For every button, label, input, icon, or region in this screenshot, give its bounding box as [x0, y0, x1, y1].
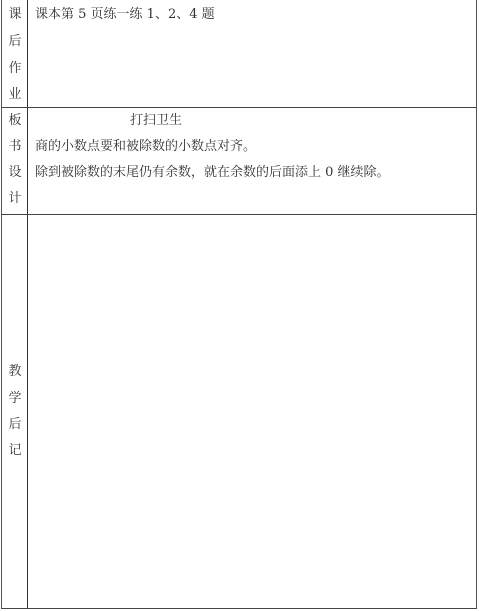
- board-design-label-cell: 板 书 设 计: [2, 108, 28, 214]
- homework-text: 课本第 5 页练一练 1、2、4 题: [35, 8, 215, 22]
- board-design-line: 除到被除数的末尾仍有余数，就在余数的后面添上 0 继续除。: [35, 166, 390, 180]
- teaching-reflection-row: 教 学 后 记: [2, 215, 476, 608]
- label-char: 计: [2, 192, 28, 206]
- label-char: 作: [2, 62, 28, 76]
- label-char: 业: [2, 88, 28, 102]
- label-char: 学: [2, 392, 28, 406]
- label-char: 教: [2, 365, 28, 379]
- homework-label-cell: 课 后 作 业: [2, 0, 28, 107]
- teaching-reflection-content-cell: [29, 215, 476, 608]
- label-char: 后: [2, 35, 28, 49]
- label-char: 设: [2, 166, 28, 180]
- lesson-plan-table: 课 后 作 业 课本第 5 页练一练 1、2、4 题 板 书 设 计 打扫卫生 …: [1, 0, 477, 609]
- label-char: 后: [2, 418, 28, 432]
- board-design-content-cell: 打扫卫生 商的小数点要和被除数的小数点对齐。 除到被除数的末尾仍有余数，就在余数…: [29, 108, 476, 214]
- homework-row: 课 后 作 业 课本第 5 页练一练 1、2、4 题: [2, 0, 476, 108]
- label-char: 课: [2, 8, 28, 22]
- board-design-line: 商的小数点要和被除数的小数点对齐。: [35, 140, 256, 154]
- homework-content-cell: 课本第 5 页练一练 1、2、4 题: [29, 0, 476, 107]
- teaching-reflection-label-cell: 教 学 后 记: [2, 215, 28, 608]
- label-char: 书: [2, 140, 28, 154]
- board-design-row: 板 书 设 计 打扫卫生 商的小数点要和被除数的小数点对齐。 除到被除数的末尾仍…: [2, 108, 476, 215]
- label-char: 记: [2, 444, 28, 458]
- board-design-title: 打扫卫生: [130, 114, 182, 128]
- label-char: 板: [2, 114, 28, 128]
